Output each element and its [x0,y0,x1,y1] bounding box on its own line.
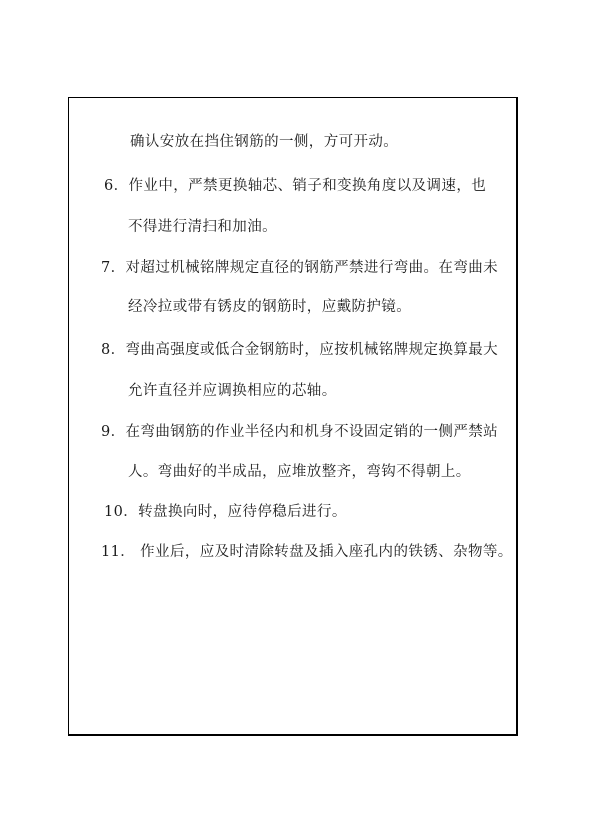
document-text-line: 8．弯曲高强度或低合金钢筋时，应按机械铭牌规定换算最大 [101,341,498,359]
document-text-line: 人。弯曲好的半成品，应堆放整齐，弯钩不得朝上。 [128,463,471,481]
document-text-line: 经冷拉或带有锈皮的钢筋时，应戴防护镜。 [128,298,411,316]
document-text-line: 确认安放在挡住钢筋的一侧，方可开动。 [130,133,398,151]
document-text-line: 9．在弯曲钢筋的作业半径内和机身不设固定销的一侧严禁站 [101,423,498,441]
document-text-line: 11． 作业后，应及时清除转盘及插入座孔内的铁锈、杂物等。 [101,543,513,561]
document-text-line: 6．作业中，严禁更换轴芯、销子和变换角度以及调速，也 [104,177,486,195]
document-text-line: 允许直径并应调换相应的芯轴。 [128,382,337,400]
document-text-line: 10．转盘换向时，应待停稳后进行。 [104,503,347,521]
document-text-line: 不得进行清扫和加油。 [128,218,277,236]
document-text-line: 7．对超过机械铭牌规定直径的钢筋严禁进行弯曲。在弯曲未 [101,259,498,277]
